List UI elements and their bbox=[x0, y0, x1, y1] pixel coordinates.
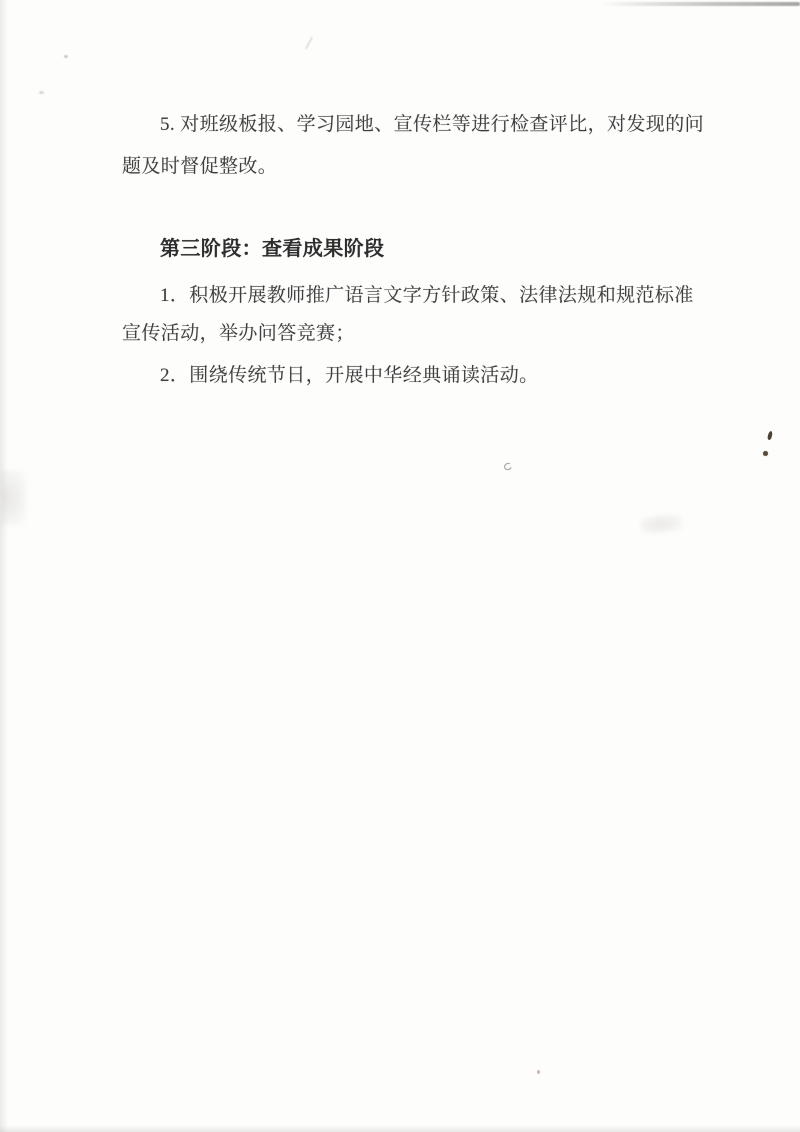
scan-ink-dot bbox=[763, 451, 768, 456]
scan-left-edge-shade bbox=[0, 0, 8, 1132]
item-2-line-1: 2．围绕传统节日，开展中华经典诵读活动。 bbox=[160, 363, 539, 389]
scanned-document-page: 5. 对班级板报、学习园地、宣传栏等进行检查评比，对发现的问 题及时督促整改。 … bbox=[0, 0, 800, 1132]
scan-speck-top-left-2 bbox=[39, 91, 44, 94]
scan-speck-top-left-1 bbox=[64, 55, 68, 58]
item-1-line-2: 宣传活动，举办问答竞赛； bbox=[122, 321, 355, 347]
paragraph-5-line-2: 题及时督促整改。 bbox=[122, 154, 277, 180]
item-1-line-1: 1．积极开展教师推广语言文字方针政策、法律法规和规范标准 bbox=[160, 283, 694, 309]
scan-smudge-middle bbox=[639, 513, 683, 535]
section-heading: 第三阶段：查看成果阶段 bbox=[160, 236, 384, 262]
paragraph-5-line-1: 5. 对班级板报、学习园地、宣传栏等进行检查评比，对发现的问 bbox=[160, 112, 704, 138]
scan-top-edge-streak bbox=[598, 2, 800, 6]
scan-ink-mark-apostrophe bbox=[767, 431, 773, 441]
scan-bottom-edge-shade bbox=[0, 1125, 800, 1132]
scan-left-smudge bbox=[0, 470, 26, 525]
scan-speck-bottom bbox=[537, 1070, 540, 1074]
scan-squiggle-mark bbox=[503, 462, 513, 471]
scan-scratch-top bbox=[305, 36, 313, 49]
